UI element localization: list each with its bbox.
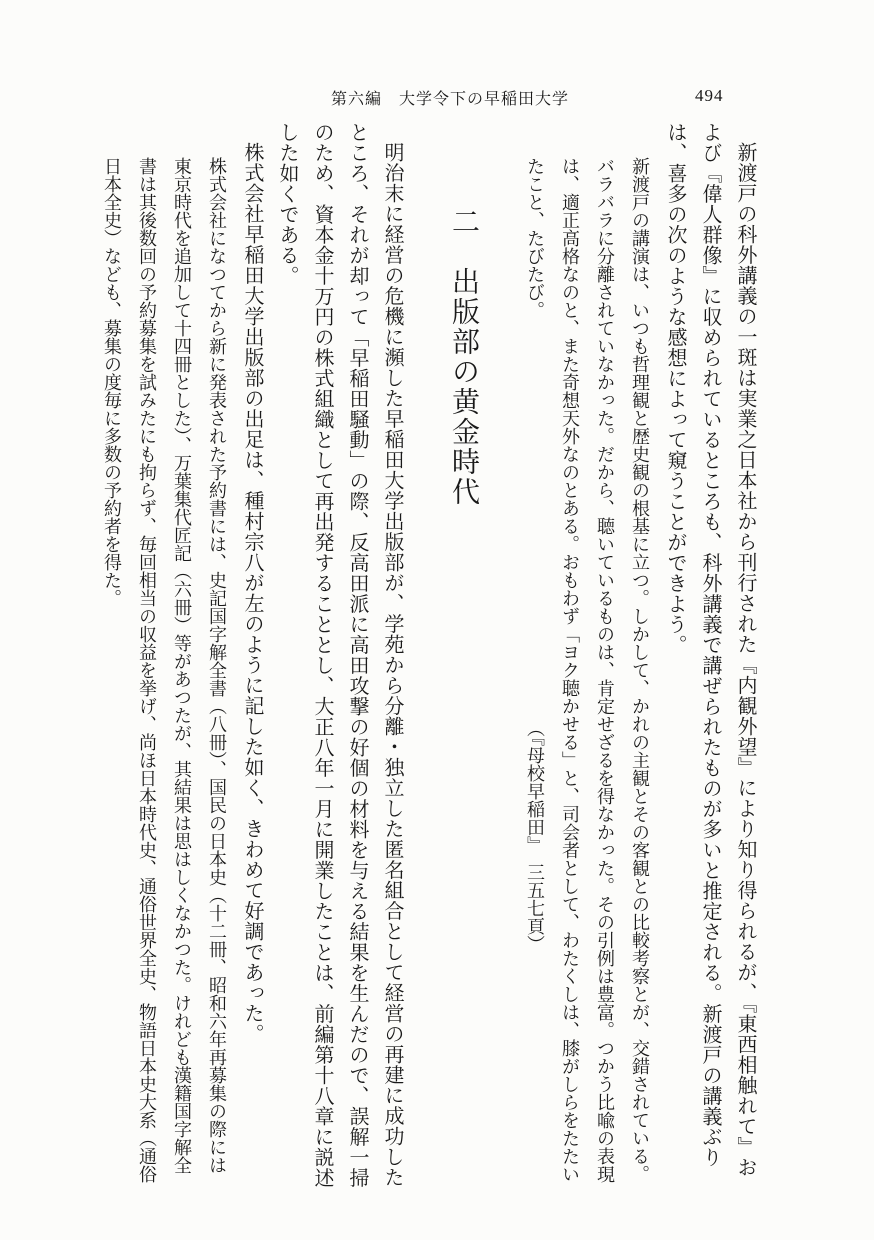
book-page: 第六編 大学令下の早稲田大学 494 新渡戸の科外講義の一斑は実業之日本社から刊… [0, 0, 874, 1240]
page-body-vertical-text: 新渡戸の科外講義の一斑は実業之日本社から刊行された『内観外望』により知り得られる… [90, 122, 762, 1188]
section-nitobe-lectures: 新渡戸の科外講義の一斑は実業之日本社から刊行された『内観外望』により知り得られる… [517, 122, 762, 1188]
section-publishing-department: 明治末に経営の危機に瀕した早稲田大学出版部が、学苑から分離・独立した匿名組合とし… [94, 122, 409, 1188]
quote-citation-spacer [535, 319, 536, 719]
paragraph-press-good-start: 株式会社早稲田大学出版部の出足は、種村宗八が左のように記した如く、きわめて好調で… [234, 122, 269, 1188]
quote-citation: （『母校早稲田』 三五七頁） [525, 719, 545, 953]
block-quote-tanemura-record: 株式会社になつてから新に発表された予約書には、史記国字解全書（八冊）、国民の日本… [94, 122, 234, 1188]
section-heading-publishing-golden-age: 二 出版部の黄金時代 [442, 122, 484, 1188]
running-head: 第六編 大学令下の早稲田大学 494 [0, 0, 874, 110]
paragraph-press-reorganization: 明治末に経営の危機に瀕した早稲田大学出版部が、学苑から分離・独立した匿名組合とし… [269, 122, 409, 1188]
page-number: 494 [695, 86, 724, 106]
chapter-header-title: 第六編 大学令下の早稲田大学 [331, 86, 569, 109]
paragraph-nitobe-intro: 新渡戸の科外講義の一斑は実業之日本社から刊行された『内観外望』により知り得られる… [657, 122, 762, 1188]
block-quote-kita-impression: 新渡戸の講演は、いつも哲理観と歴史観の根基に立つ。しかして、かれの主観とその客観… [517, 122, 657, 1188]
quote-text: 株式会社になつてから新に発表された予約書には、史記国字解全書（八冊）、国民の日本… [102, 157, 227, 1183]
quote-text: 新渡戸の講演は、いつも哲理観と歴史観の根基に立つ。しかして、かれの主観とその客観… [525, 157, 650, 1183]
